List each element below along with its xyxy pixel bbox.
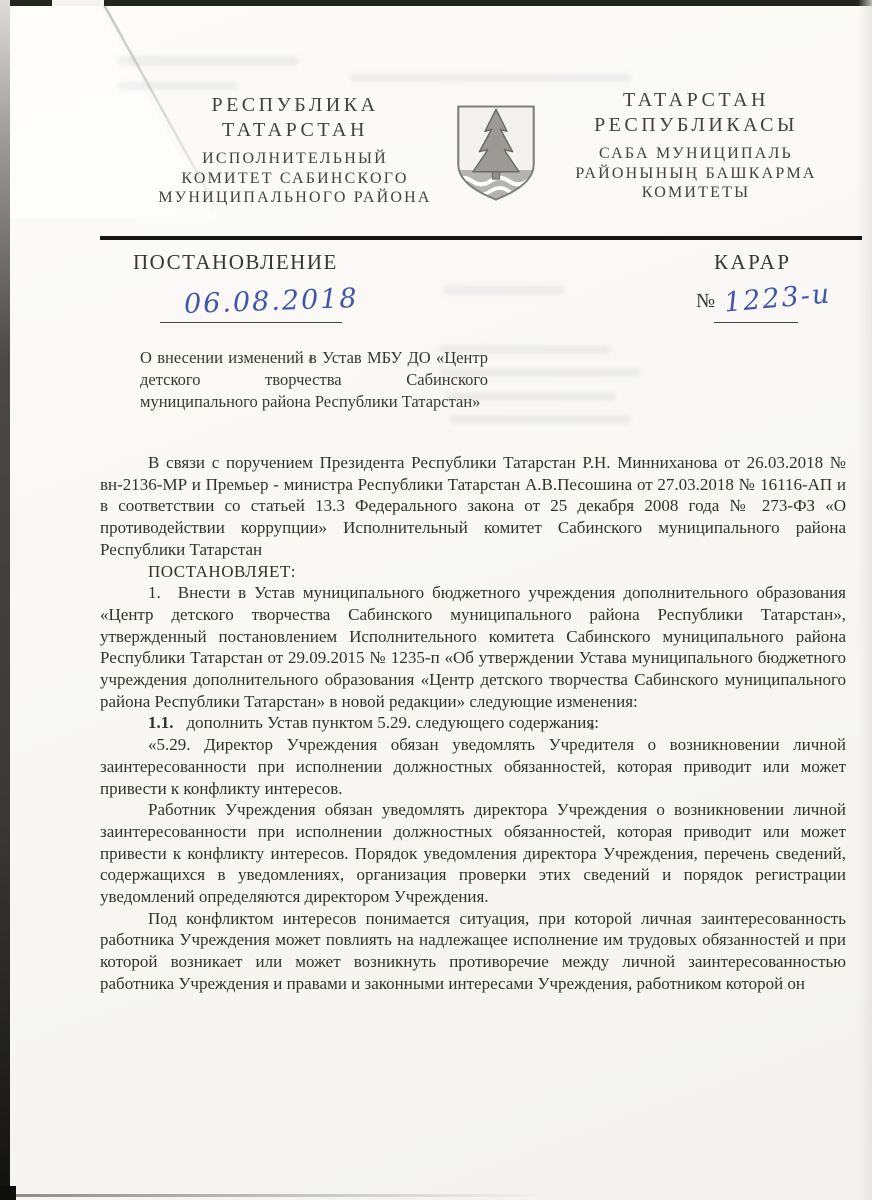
paragraph-item-1-1: 1.1.дополнить Устав пунктом 5.29. следую… [100,712,846,734]
number-sign: № [696,290,715,313]
handwritten-date: 06.08.2018 [184,283,360,320]
scan-edge-right-shade [858,0,872,1200]
document-body: В связи с поручением Президента Республи… [100,452,846,995]
doc-type-russian: ПОСТАНОВЛЕНИЕ [133,250,338,275]
scan-corner-bottom-left [0,1186,16,1200]
org-subtitle-line: САБА МУНИЦИПАЛЬ [546,144,846,164]
scan-edge-bottom [8,1194,548,1197]
bleed-through-artifact [118,56,298,66]
org-subtitle-line: КОМИТЕТ САБИНСКОГО [130,169,460,189]
paragraph-5-29: «5.29. Директор Учреждения обязан уведом… [100,734,846,799]
fir-tree-shield-coat-of-arms-icon [450,99,542,207]
scanned-document-page: РЕСПУБЛИКА ТАТАРСТАН ИСПОЛНИТЕЛЬНЫЙ КОМИ… [0,0,872,1200]
scan-edge-top [0,0,872,6]
bleed-through-artifact [118,82,238,90]
number-underline [714,322,798,323]
bleed-through-artifact [450,415,630,424]
item-1-1-number: 1.1. [148,713,174,732]
handwritten-number: 1223-и [723,278,833,318]
org-subtitle-line: РАЙОНЫНЫҢ БАШКАРМА [546,164,846,184]
scan-edge-top-notch [52,0,104,6]
item-1-number: 1. [148,583,161,602]
org-title-line: ТАТАРСТАН [546,88,846,113]
letterhead-tatar: ТАТАРСТАН РЕСПУБЛИКАСЫ САБА МУНИЦИПАЛЬ Р… [546,88,846,203]
org-title-line: РЕСПУБЛИКА [130,93,460,118]
org-title-line: РЕСПУБЛИКАСЫ [546,113,846,138]
paragraph-item-1: 1.Внести в Устав муниципального бюджетно… [100,582,846,712]
bleed-through-artifact [444,286,564,295]
item-1-1-text: дополнить Устав пунктом 5.29. следующего… [187,713,599,732]
paragraph-intro: В связи с поручением Президента Республи… [100,452,846,561]
document-subject: О внесении изменений в Устав МБУ ДО «Цен… [140,347,488,413]
org-subtitle-line: ИСПОЛНИТЕЛЬНЫЙ [130,149,460,169]
scan-edge-left [0,0,10,1200]
doc-type-tatar: КАРАР [714,250,792,275]
org-title-line: ТАТАРСТАН [130,118,460,143]
letterhead-divider [100,236,862,240]
paragraph-conflict: Под конфликтом интересов понимается ситу… [100,908,846,995]
item-1-text: Внести в Устав муниципального бюджетного… [100,583,846,711]
resolves-heading: ПОСТАНОВЛЯЕТ: [100,561,296,583]
date-underline [160,322,342,323]
org-subtitle-line: КОМИТЕТЫ [546,183,846,203]
letterhead-russian: РЕСПУБЛИКА ТАТАРСТАН ИСПОЛНИТЕЛЬНЫЙ КОМИ… [130,93,460,208]
bleed-through-artifact [350,74,630,82]
org-subtitle-line: МУНИЦИПАЛЬНОГО РАЙОНА [130,188,460,208]
paragraph-worker: Работник Учреждения обязан уведомлять ди… [100,799,846,908]
